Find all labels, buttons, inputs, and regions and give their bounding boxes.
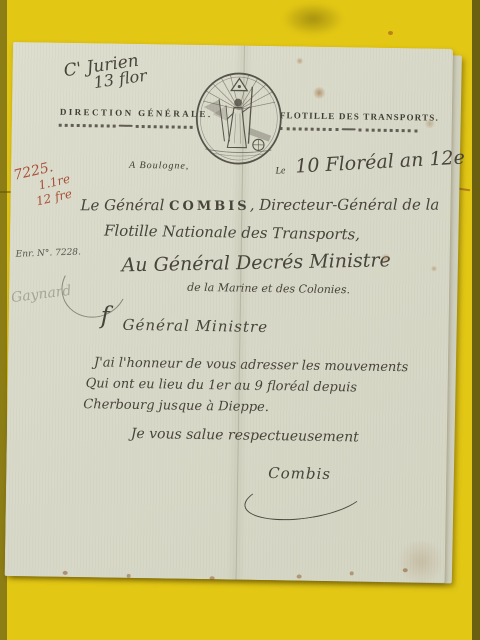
emblem-vignette-icon bbox=[193, 69, 284, 166]
stain bbox=[296, 57, 304, 64]
sender-line1: Le Général COMBIS, Directeur-Général de … bbox=[80, 196, 439, 215]
stain bbox=[63, 571, 68, 575]
letter-sheet: C' Jurien 13 flor DIRECTION GÉNÉRALE. FL… bbox=[5, 42, 453, 583]
signature-flourish bbox=[242, 468, 369, 527]
registry-number: Enr. N°. 7228. bbox=[16, 247, 82, 259]
board-right-edge bbox=[472, 0, 480, 640]
stain bbox=[210, 576, 215, 580]
pencil-note: Gaynard bbox=[10, 283, 72, 306]
archivist-note: C' Jurien 13 flor bbox=[62, 50, 148, 96]
board-smudge bbox=[282, 2, 344, 36]
salutation: Général Ministre bbox=[122, 316, 268, 336]
paraph-mark: f bbox=[100, 301, 109, 329]
body-line2: Qui ont eu lieu du 1er au 9 floréal depu… bbox=[86, 376, 358, 395]
addressee-line1: Au Général Decrés Ministre bbox=[121, 249, 391, 276]
red-margin-note: 7225. 1.1re 12 fre bbox=[12, 157, 75, 213]
valediction: Je vous salue respectueusement bbox=[131, 426, 359, 446]
date-handwritten: 10 Floréal an 12e bbox=[295, 147, 466, 178]
stain bbox=[395, 540, 448, 583]
stain bbox=[297, 575, 302, 579]
place-line: A Boulogne, bbox=[129, 160, 189, 172]
letterhead-right-title: FLOTILLE DES TRANSPORTS. bbox=[280, 110, 439, 122]
body-line1: J'ai l'honneur de vous adresser les mouv… bbox=[94, 355, 408, 375]
sender-name: COMBIS bbox=[169, 199, 250, 214]
body-line3: Cherbourg jusque à Dieppe. bbox=[83, 397, 269, 415]
ornament-dash bbox=[119, 124, 133, 127]
ornament-chain bbox=[280, 127, 339, 131]
sender-line2: Flotille Nationale des Transports, bbox=[104, 221, 360, 243]
sender-prefix: Le Général bbox=[80, 196, 169, 214]
ornament-chain bbox=[359, 128, 418, 132]
stain bbox=[312, 87, 326, 99]
ornament-dash bbox=[342, 128, 356, 131]
board-spot bbox=[388, 31, 393, 35]
stain bbox=[403, 568, 408, 572]
stain bbox=[430, 266, 437, 272]
addressee-line2: de la Marine et des Colonies. bbox=[187, 281, 350, 297]
sender-suffix: , Directeur-Général de la bbox=[250, 196, 440, 214]
letterhead-left-title: DIRECTION GÉNÉRALE. bbox=[60, 107, 213, 119]
ornament-chain bbox=[136, 124, 193, 128]
stain bbox=[127, 574, 131, 578]
date-prefix: Le bbox=[275, 165, 286, 177]
photo-of-historical-letter: { "scene": { "background_color": "#e3c71… bbox=[0, 0, 480, 640]
ornament-chain bbox=[59, 123, 116, 127]
stain bbox=[350, 571, 354, 575]
ornament-rule-left bbox=[59, 123, 193, 129]
date-line: Le 10 Floréal an 12e bbox=[275, 147, 466, 179]
ornament-rule-right bbox=[280, 126, 418, 132]
